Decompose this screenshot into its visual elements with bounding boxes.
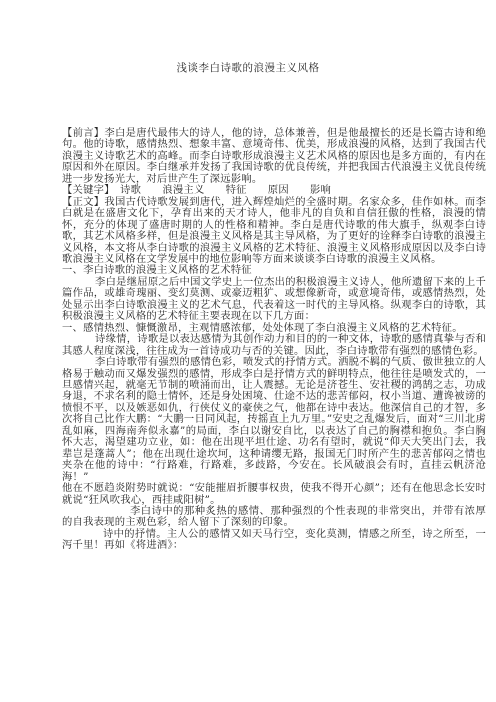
- paragraph-emotion-detail: 李白诗歌带有强烈的感情色彩，喷发式的抒情方式。洒脱不羁的气质、傲世独立的人格易于…: [62, 357, 486, 483]
- document-page: 浅谈李白诗歌的浪漫主义风格 【前言】李白是唐代最伟大的诗人，他的诗，总体兼善，但…: [0, 0, 496, 702]
- document-title: 浅谈李白诗歌的浪漫主义风格: [0, 0, 496, 75]
- body-intro-paragraph: 【正文】我国古代诗歌发展到唐代，进入辉煌灿烂的全盛时期。名家众多，佳作如林。而李…: [62, 197, 486, 266]
- paragraph-quotes: 他在不愿趋炎附势时就说：“安能摧眉折腰事权贵，使我不得开心颜”；还有在他思念长安…: [62, 483, 486, 506]
- keywords-line: 【关键字】 诗歌 浪漫主义 特征 原因 影响: [62, 185, 486, 196]
- paragraph-subjective-color: 李白诗中的那种炙热的感情、那种强烈的个性表现的非常突出，并带有浓厚的自我表现的主…: [62, 506, 486, 529]
- document-body: 【前言】李白是唐代最伟大的诗人，他的诗，总体兼善，但是他最擅长的还是长篇古诗和绝…: [62, 128, 486, 552]
- section1-paragraph: 李白是继屈原之后中国文学史上一位杰出的积极浪漫主义诗人，他所遗留下来的上千篇作品…: [62, 277, 486, 323]
- paragraph-emotion-intro: 诗缘情，诗歌是以表达感情为其创作动力和目的的一种文体，诗歌的感情真挚与否和其感人…: [62, 334, 486, 357]
- preface-paragraph: 【前言】李白是唐代最伟大的诗人，他的诗，总体兼善，但是他最擅长的还是长篇古诗和绝…: [62, 128, 486, 185]
- paragraph-lyric-flow: 诗中的抒情。主人公的感情又如天马行空，变化莫测，情感之所至，诗之所至，一泻千里！…: [62, 529, 486, 552]
